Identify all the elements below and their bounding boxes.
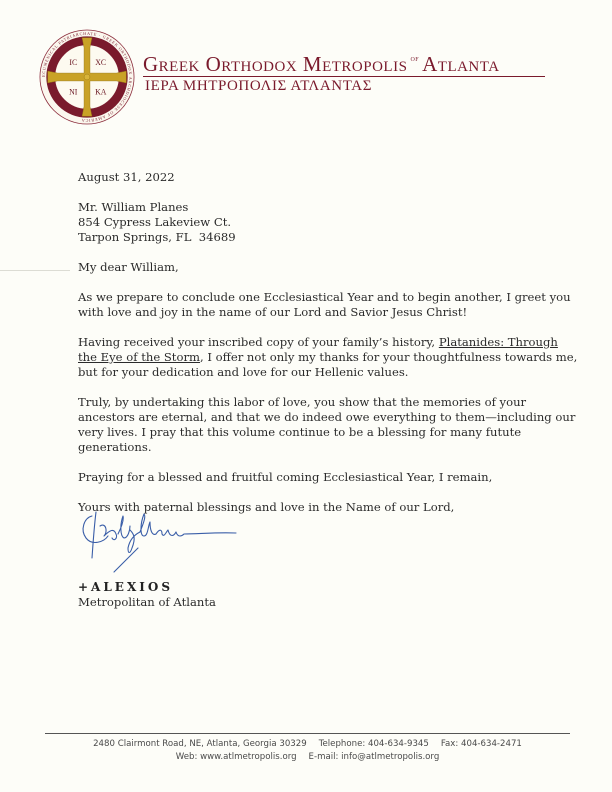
paragraph-2: Having received your inscribed copy of y… bbox=[78, 335, 578, 380]
paper-fold-mark bbox=[0, 270, 70, 271]
svg-text:IC: IC bbox=[69, 58, 77, 67]
handwritten-signature-icon bbox=[78, 508, 248, 578]
signer-name: +ALEXIOS bbox=[78, 580, 173, 594]
footer-address: 2480 Clairmont Road, NE, Atlanta, Georgi… bbox=[93, 739, 307, 749]
recipient-city: Tarpon Springs, FL 34689 bbox=[78, 230, 236, 244]
paragraph-3: Truly, by undertaking this labor of love… bbox=[78, 395, 578, 455]
metropolis-seal-logo: IC XC NI KA ECUMENICAL PATRIARCHATE · GR… bbox=[38, 28, 136, 126]
recipient-street: 854 Cypress Lakeview Ct. bbox=[78, 215, 231, 229]
organization-name: Greek Orthodox MetropolisofAtlanta bbox=[143, 52, 500, 77]
organization-name-part2: Atlanta bbox=[422, 52, 499, 76]
footer-line-2: Web: www.atlmetropolis.orgE-mail: info@a… bbox=[45, 751, 570, 764]
paragraph-4: Praying for a blessed and fruitful comin… bbox=[78, 470, 578, 485]
svg-text:KA: KA bbox=[95, 88, 107, 97]
footer-line-1: 2480 Clairmont Road, NE, Atlanta, Georgi… bbox=[45, 738, 570, 751]
paragraph-1: As we prepare to conclude one Ecclesiast… bbox=[78, 290, 578, 320]
organization-name-greek: ΙΕΡΑ ΜΗΤΡΟΠΟΛΙΣ ΑΤΛΑΝΤΑΣ bbox=[145, 78, 372, 95]
footer-contact: 2480 Clairmont Road, NE, Atlanta, Georgi… bbox=[45, 738, 570, 764]
footer-rule bbox=[45, 733, 570, 734]
signature bbox=[78, 508, 248, 578]
svg-text:XC: XC bbox=[95, 58, 106, 67]
svg-text:NI: NI bbox=[69, 88, 78, 97]
recipient-address: Mr. William Planes 854 Cypress Lakeview … bbox=[78, 200, 578, 245]
letter-date: August 31, 2022 bbox=[78, 170, 578, 185]
footer-web[interactable]: Web: www.atlmetropolis.org bbox=[176, 752, 297, 762]
organization-name-of: of bbox=[410, 53, 419, 63]
ecumenical-patriarchate-cross-seal-icon: IC XC NI KA ECUMENICAL PATRIARCHATE · GR… bbox=[38, 28, 136, 126]
recipient-name: Mr. William Planes bbox=[78, 200, 188, 214]
footer-telephone: Telephone: 404-634-9345 bbox=[319, 739, 429, 749]
letter-body: August 31, 2022 Mr. William Planes 854 C… bbox=[78, 170, 578, 530]
organization-name-part1: Greek Orthodox Metropolis bbox=[143, 52, 407, 76]
footer-email[interactable]: E-mail: info@atlmetropolis.org bbox=[309, 752, 440, 762]
footer-fax: Fax: 404-634-2471 bbox=[441, 739, 522, 749]
salutation: My dear William, bbox=[78, 260, 578, 275]
signer-title: Metropolitan of Atlanta bbox=[78, 595, 216, 609]
letterhead-rule bbox=[143, 76, 545, 77]
